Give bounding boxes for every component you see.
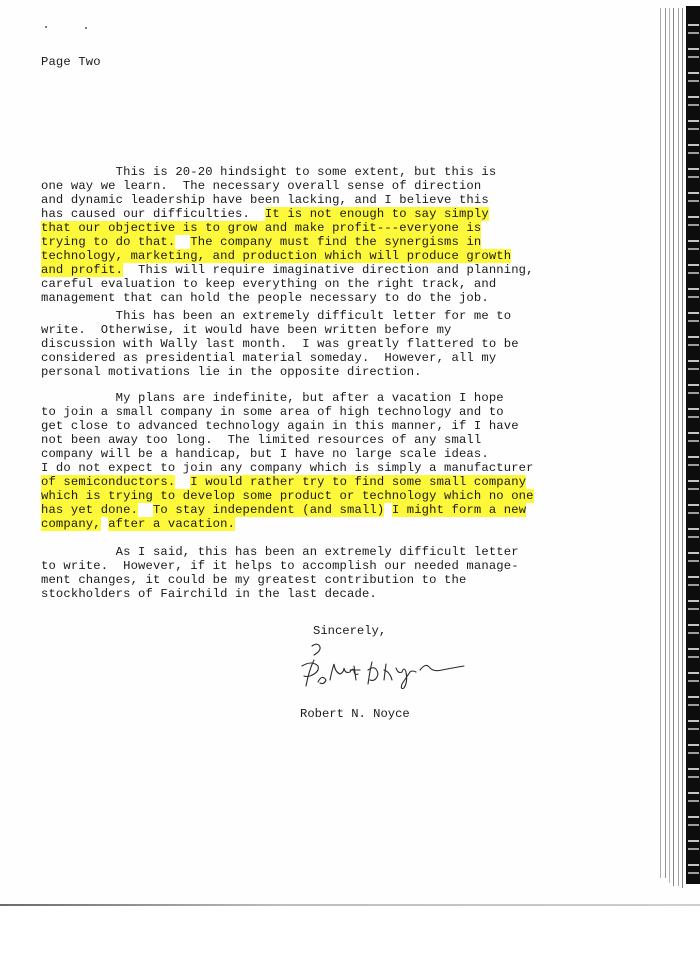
body-text: write. Otherwise, it would have been wri…: [41, 323, 452, 337]
letter-line: trying to do that. The company must find…: [41, 235, 481, 249]
letter-line: to join a small company in some area of …: [41, 405, 504, 419]
highlighted-text: To stay independent (and small): [153, 503, 384, 517]
letter-line: that our objective is to grow and make p…: [41, 221, 481, 235]
closing-salutation: Sincerely,: [313, 624, 386, 638]
binder-edge-artifact: [656, 0, 700, 905]
letter-line: has yet done. To stay independent (and s…: [41, 503, 526, 517]
signer-name: Robert N. Noyce: [300, 707, 410, 721]
letter-line: management that can hold the people nece…: [41, 291, 489, 305]
letter-line: This has been an extremely difficult let…: [41, 309, 511, 323]
letter-line: My plans are indefinite, but after a vac…: [41, 391, 504, 405]
letter-line: This is 20-20 hindsight to some extent, …: [41, 165, 496, 179]
body-text: [175, 235, 190, 249]
body-text: considered as presidential material some…: [41, 351, 496, 365]
highlighted-text: technology, marketing, and production wh…: [41, 249, 511, 263]
body-text: to write. However, if it helps to accomp…: [41, 559, 519, 573]
highlighted-text: after a vacation.: [108, 517, 235, 531]
letter-line: which is trying to develop some product …: [41, 489, 534, 503]
page-header: Page Two: [41, 55, 101, 69]
letter-line: of semiconductors. I would rather try to…: [41, 475, 526, 489]
body-text: This has been an extremely difficult let…: [41, 309, 511, 323]
page-bottom-edge: [0, 904, 700, 906]
highlighted-text: which is trying to develop some product …: [41, 489, 534, 503]
body-text: [138, 503, 153, 517]
body-text: to join a small company in some area of …: [41, 405, 504, 419]
letter-line: careful evaluation to keep everything on…: [41, 277, 496, 291]
letter-line: and profit. This will require imaginativ…: [41, 263, 534, 277]
letter-line: considered as presidential material some…: [41, 351, 496, 365]
letter-line: ment changes, it could be my greatest co…: [41, 573, 466, 587]
letter-line: technology, marketing, and production wh…: [41, 249, 511, 263]
letter-line: and dynamic leadership have been lacking…: [41, 193, 489, 207]
body-text: one way we learn. The necessary overall …: [41, 179, 481, 193]
handwritten-signature-icon: [292, 640, 492, 705]
body-text: personal motivations lie in the opposite…: [41, 365, 422, 379]
body-text: I do not expect to join any company whic…: [41, 461, 534, 475]
body-text: As I said, this has been an extremely di…: [41, 545, 519, 559]
body-text: My plans are indefinite, but after a vac…: [41, 391, 504, 405]
body-text: not been away too long. The limited reso…: [41, 433, 481, 447]
letter-line: to write. However, if it helps to accomp…: [41, 559, 519, 573]
letter-line: company, after a vacation.: [41, 517, 235, 531]
highlighted-text: I would rather try to find some small co…: [190, 475, 526, 489]
scan-speck: [45, 26, 47, 28]
highlighted-text: company,: [41, 517, 101, 531]
body-text: This will require imaginative direction …: [123, 263, 534, 277]
body-text: management that can hold the people nece…: [41, 291, 489, 305]
letter-line: write. Otherwise, it would have been wri…: [41, 323, 452, 337]
highlighted-text: of semiconductors.: [41, 475, 175, 489]
highlighted-text: I might form a new: [392, 503, 526, 517]
highlighted-text: has yet done.: [41, 503, 138, 517]
scan-speck: [85, 27, 87, 29]
letter-line: discussion with Wally last month. I was …: [41, 337, 519, 351]
body-text: [384, 503, 391, 517]
body-text: ment changes, it could be my greatest co…: [41, 573, 466, 587]
letter-line: get close to advanced technology again i…: [41, 419, 519, 433]
body-text: [175, 475, 190, 489]
letter-line: I do not expect to join any company whic…: [41, 461, 534, 475]
highlighted-text: that our objective is to grow and make p…: [41, 221, 481, 235]
highlighted-text: The company must find the synergisms in: [190, 235, 481, 249]
letter-line: stockholders of Fairchild in the last de…: [41, 587, 377, 601]
body-text: This is 20-20 hindsight to some extent, …: [41, 165, 496, 179]
body-text: careful evaluation to keep everything on…: [41, 277, 496, 291]
highlighted-text: trying to do that.: [41, 235, 175, 249]
letter-line: company will be a handicap, but I have n…: [41, 447, 489, 461]
body-text: has caused our difficulties.: [41, 207, 265, 221]
body-text: company will be a handicap, but I have n…: [41, 447, 489, 461]
scanned-letter-page: Page Two This is 20-20 hindsight to some…: [0, 0, 700, 905]
body-text: get close to advanced technology again i…: [41, 419, 519, 433]
body-text: discussion with Wally last month. I was …: [41, 337, 519, 351]
letter-line: personal motivations lie in the opposite…: [41, 365, 422, 379]
letter-line: not been away too long. The limited reso…: [41, 433, 481, 447]
highlighted-text: It is not enough to say simply: [265, 207, 489, 221]
highlighted-text: and profit.: [41, 263, 123, 277]
letter-line: one way we learn. The necessary overall …: [41, 179, 481, 193]
body-text: and dynamic leadership have been lacking…: [41, 193, 489, 207]
letter-line: As I said, this has been an extremely di…: [41, 545, 519, 559]
body-text: stockholders of Fairchild in the last de…: [41, 587, 377, 601]
letter-line: has caused our difficulties. It is not e…: [41, 207, 489, 221]
